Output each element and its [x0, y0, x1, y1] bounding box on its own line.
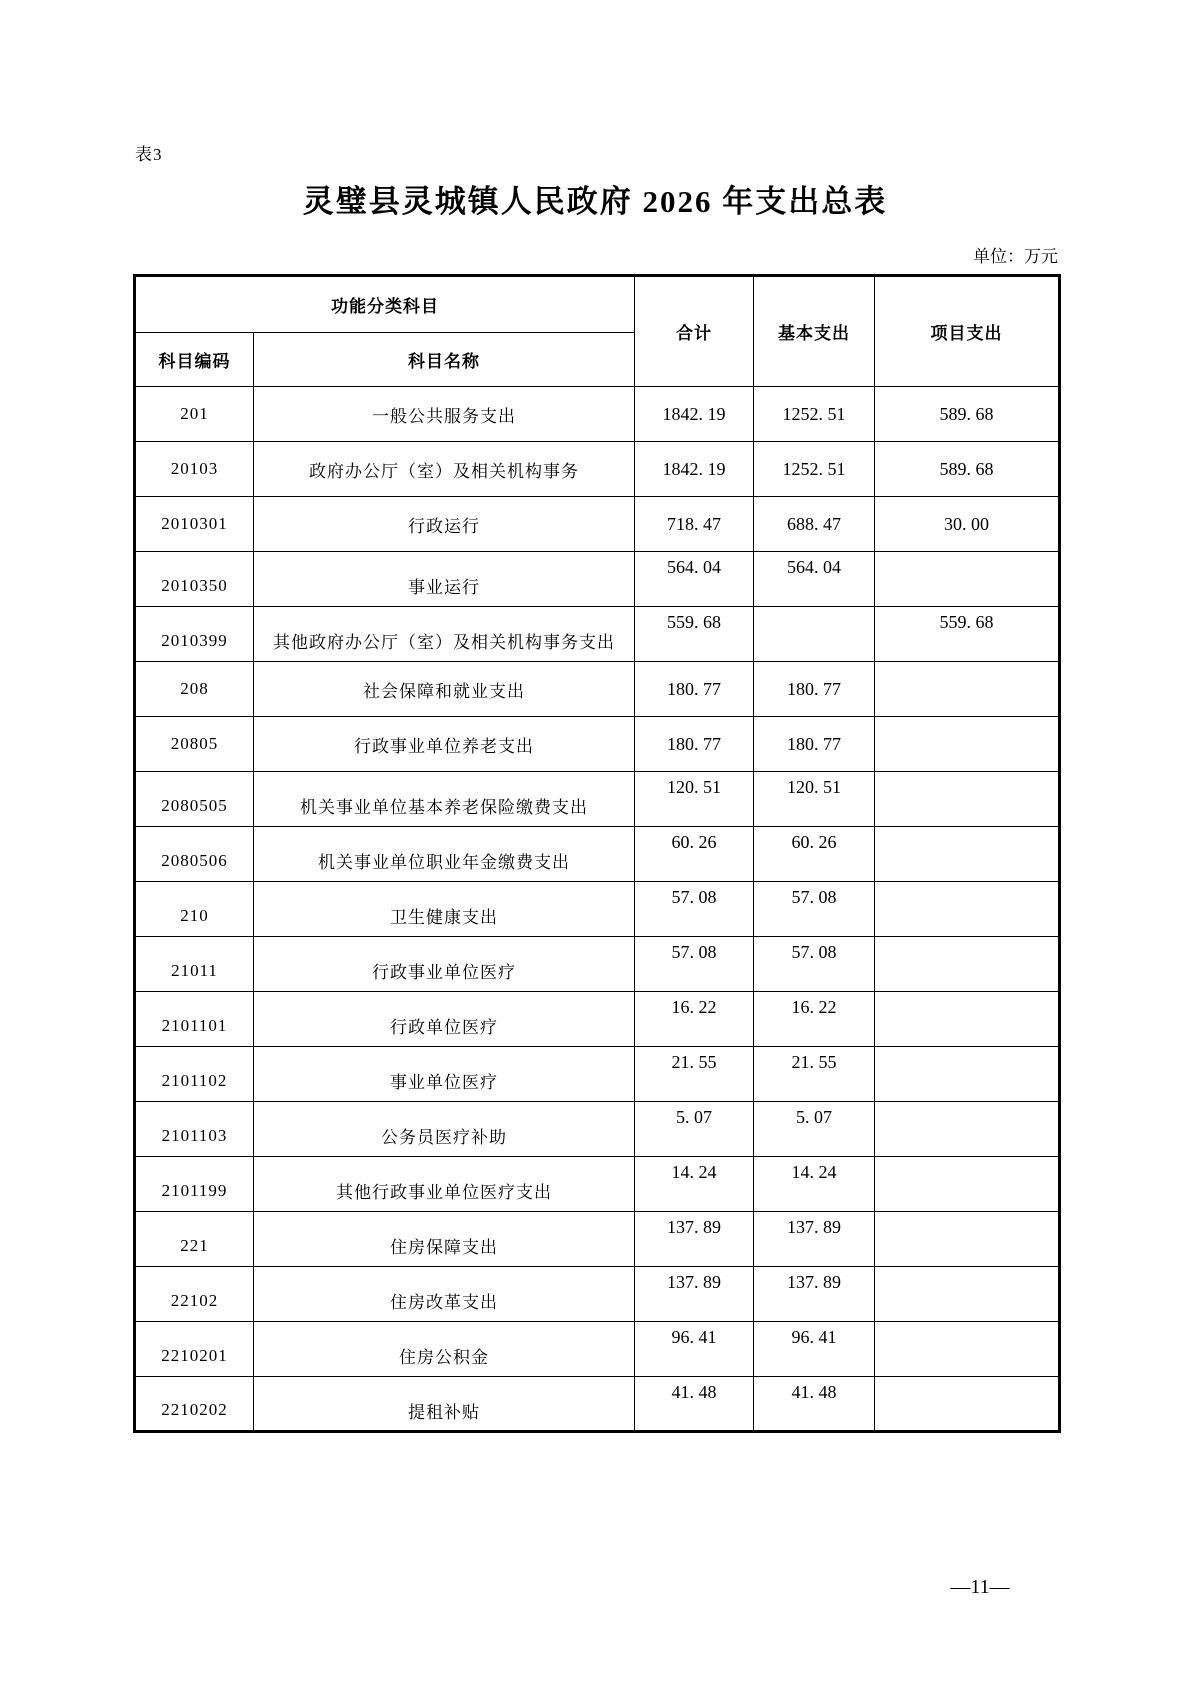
subject-name-cell: 其他政府办公厅（室）及相关机构事务支出 [254, 607, 635, 662]
table-row: 2080506机关事业单位职业年金缴费支出60. 2660. 26 [135, 827, 1060, 882]
subject-name-cell: 行政单位医疗 [254, 992, 635, 1047]
subject-name-cell: 行政运行 [254, 497, 635, 552]
subject-code-cell: 2210202 [135, 1377, 254, 1432]
subject-code-cell: 2210201 [135, 1322, 254, 1377]
total-cell: 718. 47 [635, 497, 754, 552]
subject-code-cell: 2101102 [135, 1047, 254, 1102]
subject-code-cell: 2010301 [135, 497, 254, 552]
unit-note: 单位：万元 [133, 242, 1058, 267]
basic-cell: 180. 77 [754, 717, 875, 772]
table-row: 2210202提租补贴41. 4841. 48 [135, 1377, 1060, 1432]
table-row: 20103政府办公厅（室）及相关机构事务1842. 191252. 51589.… [135, 442, 1060, 497]
basic-cell: 180. 77 [754, 662, 875, 717]
project-cell [875, 1377, 1060, 1432]
header-basic-expenditure: 基本支出 [754, 276, 875, 387]
subject-name-cell: 提租补贴 [254, 1377, 635, 1432]
basic-cell: 14. 24 [754, 1157, 875, 1212]
basic-cell: 60. 26 [754, 827, 875, 882]
table-row: 2010399其他政府办公厅（室）及相关机构事务支出559. 68559. 68 [135, 607, 1060, 662]
table-row: 2101102事业单位医疗21. 5521. 55 [135, 1047, 1060, 1102]
table-row: 2080505机关事业单位基本养老保险缴费支出120. 51120. 51 [135, 772, 1060, 827]
header-subject-code: 科目编码 [135, 333, 254, 387]
subject-code-cell: 2010350 [135, 552, 254, 607]
subject-code-cell: 20103 [135, 442, 254, 497]
subject-code-cell: 2101101 [135, 992, 254, 1047]
project-cell [875, 1212, 1060, 1267]
subject-code-cell: 21011 [135, 937, 254, 992]
basic-cell: 16. 22 [754, 992, 875, 1047]
subject-code-cell: 20805 [135, 717, 254, 772]
total-cell: 1842. 19 [635, 442, 754, 497]
table-row: 22102住房改革支出137. 89137. 89 [135, 1267, 1060, 1322]
basic-cell [754, 607, 875, 662]
subject-code-cell: 208 [135, 662, 254, 717]
project-cell [875, 772, 1060, 827]
basic-cell: 688. 47 [754, 497, 875, 552]
subject-code-cell: 2080506 [135, 827, 254, 882]
table-row: 221住房保障支出137. 89137. 89 [135, 1212, 1060, 1267]
total-cell: 57. 08 [635, 882, 754, 937]
subject-code-cell: 2010399 [135, 607, 254, 662]
basic-cell: 1252. 51 [754, 387, 875, 442]
subject-code-cell: 22102 [135, 1267, 254, 1322]
project-cell [875, 552, 1060, 607]
total-cell: 41. 48 [635, 1377, 754, 1432]
total-cell: 137. 89 [635, 1212, 754, 1267]
document-page: 表3 灵璧县灵城镇人民政府 2026 年支出总表 单位：万元 功能分类科目 合计… [0, 0, 1190, 1683]
basic-cell: 57. 08 [754, 882, 875, 937]
subject-name-cell: 公务员医疗补助 [254, 1102, 635, 1157]
basic-cell: 57. 08 [754, 937, 875, 992]
total-cell: 21. 55 [635, 1047, 754, 1102]
project-cell [875, 1047, 1060, 1102]
total-cell: 180. 77 [635, 662, 754, 717]
table-row: 2101101行政单位医疗16. 2216. 22 [135, 992, 1060, 1047]
total-cell: 120. 51 [635, 772, 754, 827]
subject-name-cell: 卫生健康支出 [254, 882, 635, 937]
header-row-1: 功能分类科目 合计 基本支出 项目支出 [135, 276, 1060, 333]
project-cell [875, 882, 1060, 937]
table-row: 201一般公共服务支出1842. 191252. 51589. 68 [135, 387, 1060, 442]
subject-name-cell: 住房保障支出 [254, 1212, 635, 1267]
subject-name-cell: 住房公积金 [254, 1322, 635, 1377]
subject-name-cell: 机关事业单位基本养老保险缴费支出 [254, 772, 635, 827]
subject-name-cell: 事业运行 [254, 552, 635, 607]
page-title: 灵璧县灵城镇人民政府 2026 年支出总表 [0, 176, 1190, 221]
subject-name-cell: 其他行政事业单位医疗支出 [254, 1157, 635, 1212]
table-row: 2010350事业运行564. 04564. 04 [135, 552, 1060, 607]
project-cell: 559. 68 [875, 607, 1060, 662]
subject-code-cell: 2101103 [135, 1102, 254, 1157]
page-number: —11— [880, 1576, 1080, 1599]
project-cell [875, 717, 1060, 772]
header-functional-classification: 功能分类科目 [135, 276, 635, 333]
total-cell: 16. 22 [635, 992, 754, 1047]
total-cell: 96. 41 [635, 1322, 754, 1377]
subject-name-cell: 机关事业单位职业年金缴费支出 [254, 827, 635, 882]
total-cell: 14. 24 [635, 1157, 754, 1212]
project-cell: 30. 00 [875, 497, 1060, 552]
subject-name-cell: 政府办公厅（室）及相关机构事务 [254, 442, 635, 497]
subject-name-cell: 住房改革支出 [254, 1267, 635, 1322]
table-row: 2101103公务员医疗补助5. 075. 07 [135, 1102, 1060, 1157]
subject-code-cell: 2080505 [135, 772, 254, 827]
subject-code-cell: 221 [135, 1212, 254, 1267]
basic-cell: 137. 89 [754, 1267, 875, 1322]
basic-cell: 120. 51 [754, 772, 875, 827]
subject-code-cell: 201 [135, 387, 254, 442]
project-cell [875, 827, 1060, 882]
total-cell: 60. 26 [635, 827, 754, 882]
total-cell: 180. 77 [635, 717, 754, 772]
project-cell [875, 1102, 1060, 1157]
project-cell [875, 662, 1060, 717]
basic-cell: 564. 04 [754, 552, 875, 607]
subject-code-cell: 2101199 [135, 1157, 254, 1212]
project-cell [875, 937, 1060, 992]
total-cell: 137. 89 [635, 1267, 754, 1322]
table-row: 2210201住房公积金96. 4196. 41 [135, 1322, 1060, 1377]
basic-cell: 21. 55 [754, 1047, 875, 1102]
basic-cell: 137. 89 [754, 1212, 875, 1267]
project-cell [875, 1322, 1060, 1377]
expenditure-summary-table: 功能分类科目 合计 基本支出 项目支出 科目编码 科目名称 201一般公共服务支… [133, 274, 1061, 1433]
table-label: 表3 [135, 140, 163, 165]
project-cell [875, 992, 1060, 1047]
subject-name-cell: 社会保障和就业支出 [254, 662, 635, 717]
subject-name-cell: 行政事业单位养老支出 [254, 717, 635, 772]
basic-cell: 96. 41 [754, 1322, 875, 1377]
table-row: 208社会保障和就业支出180. 77180. 77 [135, 662, 1060, 717]
project-cell: 589. 68 [875, 442, 1060, 497]
total-cell: 57. 08 [635, 937, 754, 992]
table-body: 201一般公共服务支出1842. 191252. 51589. 6820103政… [135, 387, 1060, 1432]
total-cell: 559. 68 [635, 607, 754, 662]
subject-name-cell: 一般公共服务支出 [254, 387, 635, 442]
table-row: 21011行政事业单位医疗57. 0857. 08 [135, 937, 1060, 992]
total-cell: 5. 07 [635, 1102, 754, 1157]
header-total: 合计 [635, 276, 754, 387]
table-row: 20805行政事业单位养老支出180. 77180. 77 [135, 717, 1060, 772]
table-row: 2101199其他行政事业单位医疗支出14. 2414. 24 [135, 1157, 1060, 1212]
table-header: 功能分类科目 合计 基本支出 项目支出 科目编码 科目名称 [135, 276, 1060, 387]
table-row: 210卫生健康支出57. 0857. 08 [135, 882, 1060, 937]
project-cell [875, 1267, 1060, 1322]
basic-cell: 1252. 51 [754, 442, 875, 497]
total-cell: 1842. 19 [635, 387, 754, 442]
project-cell [875, 1157, 1060, 1212]
basic-cell: 41. 48 [754, 1377, 875, 1432]
table-row: 2010301行政运行718. 47688. 4730. 00 [135, 497, 1060, 552]
basic-cell: 5. 07 [754, 1102, 875, 1157]
header-project-expenditure: 项目支出 [875, 276, 1060, 387]
subject-code-cell: 210 [135, 882, 254, 937]
subject-name-cell: 行政事业单位医疗 [254, 937, 635, 992]
header-subject-name: 科目名称 [254, 333, 635, 387]
project-cell: 589. 68 [875, 387, 1060, 442]
subject-name-cell: 事业单位医疗 [254, 1047, 635, 1102]
total-cell: 564. 04 [635, 552, 754, 607]
